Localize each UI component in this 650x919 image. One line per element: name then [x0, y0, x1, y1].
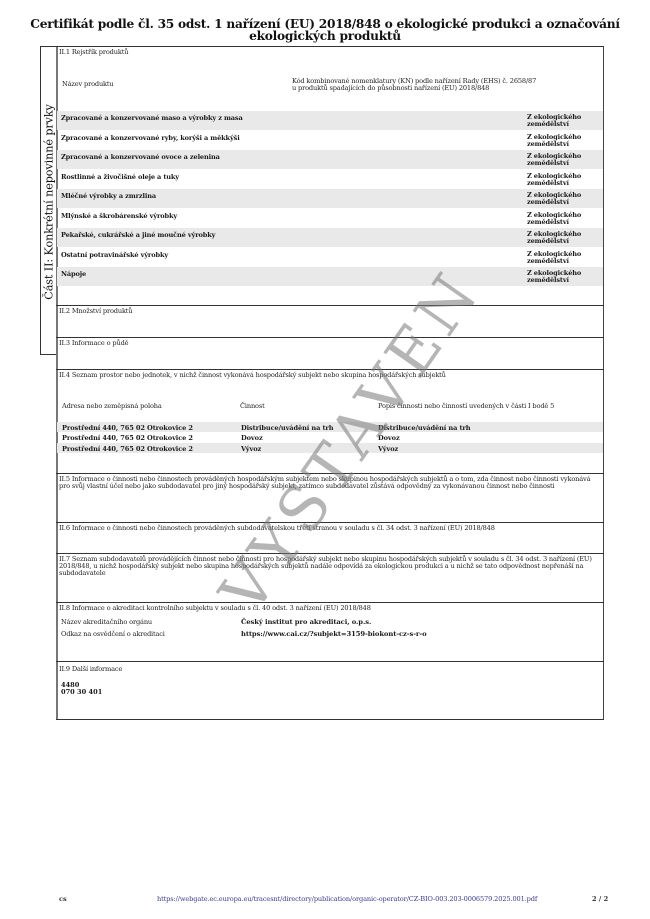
product-origin: Z ekologického zemědělství [527, 212, 597, 226]
product-row: Mléčné výrobky a zmrzlina Z ekologického… [57, 189, 603, 208]
section-accreditation: II.8 Informace o akreditaci kontrolního … [56, 602, 604, 661]
page-footer: cs https://webgate.ec.europa.eu/tracesnt… [0, 895, 650, 907]
product-name: Mlýnské a škrobárenské výrobky [61, 212, 177, 220]
premises-row: Prostřední 440, 765 02 Otrokovice 2 Dovo… [57, 433, 603, 443]
product-name: Nápoje [61, 270, 86, 278]
additional-info-line: 070 30 401 [61, 689, 102, 696]
product-name: Zpracované a konzervované maso a výrobky… [61, 114, 243, 122]
product-name: Ostatní potravinářské výrobky [61, 251, 168, 259]
premises-description: Vývoz [378, 445, 398, 453]
product-origin: Z ekologického zemědělství [527, 231, 597, 245]
section-land-info: II.3 Informace o půdě [56, 337, 604, 369]
section-additional-info: II.9 Další informace 4480 070 30 401 [56, 661, 604, 720]
section-heading: II.7 Seznam subdodavatelů provádějících … [59, 556, 598, 578]
additional-info-values: 4480 070 30 401 [61, 682, 102, 696]
product-name: Zpracované a konzervované ryby, korýši a… [61, 134, 240, 142]
product-row: Zpracované a konzervované ovoce a zeleni… [57, 150, 603, 169]
product-origin: Z ekologického zemědělství [527, 270, 597, 284]
accreditation-link[interactable]: https://www.cai.cz/?subjekt=3159-biokont… [241, 630, 427, 638]
product-row: Nápoje Z ekologického zemědělství [57, 267, 603, 286]
section-heading: II.3 Informace o půdě [59, 340, 598, 347]
section-heading: II.8 Informace o akreditaci kontrolního … [59, 605, 598, 612]
accreditation-body-value: Český institut pro akreditaci, o.p.s. [241, 618, 371, 626]
accreditation-body-label: Název akreditačního orgánu [61, 618, 152, 626]
premises-row: Prostřední 440, 765 02 Otrokovice 2 Vývo… [57, 443, 603, 453]
column-header-address: Adresa nebo zeměpisná poloha [62, 402, 162, 410]
column-header-product-name: Název produktu [62, 80, 114, 88]
premises-address: Prostřední 440, 765 02 Otrokovice 2 [62, 424, 193, 432]
premises-activity: Dovoz [241, 434, 263, 442]
footer-page-number: 2 / 2 [592, 895, 608, 903]
section-heading: II.4 Seznam prostor nebo jednotek, v nic… [59, 372, 598, 379]
column-header-cn-code: Kód kombinované nomenklatury (KN) podle … [292, 78, 537, 92]
product-row: Mlýnské a škrobárenské výrobky Z ekologi… [57, 209, 603, 228]
section-operator-activities: II.5 Informace o činnosti nebo činnostec… [56, 473, 604, 522]
premises-address: Prostřední 440, 765 02 Otrokovice 2 [62, 434, 193, 442]
product-origin: Z ekologického zemědělství [527, 134, 597, 148]
section-subcontractors: II.7 Seznam subdodavatelů provádějících … [56, 553, 604, 602]
product-origin: Z ekologického zemědělství [527, 173, 597, 187]
section-heading: II.9 Další informace [59, 666, 598, 673]
product-row: Zpracované a konzervované ryby, korýši a… [57, 131, 603, 150]
product-name: Zpracované a konzervované ovoce a zeleni… [61, 153, 220, 161]
section-heading: II.6 Informace o činnosti nebo činnostec… [59, 525, 598, 532]
column-header-description: Popis činnosti nebo činností uvedených v… [378, 402, 554, 410]
section-third-party-activities: II.6 Informace o činnosti nebo činnostec… [56, 522, 604, 553]
section-heading: II.5 Informace o činnosti nebo činnostec… [59, 476, 598, 490]
product-name: Mléčné výrobky a zmrzlina [61, 192, 156, 200]
product-row: Rostlinné a živočišné oleje a tuky Z eko… [57, 170, 603, 189]
premises-description: Dovoz [378, 434, 400, 442]
premises-row: Prostřední 440, 765 02 Otrokovice 2 Dist… [57, 422, 603, 432]
premises-description: Distribuce/uvádění na trh [378, 424, 470, 432]
section-product-register: II.1 Rejstřík produktů Název produktu Kó… [56, 46, 604, 305]
column-header-activity: Činnost [240, 402, 265, 410]
premises-activity: Distribuce/uvádění na trh [241, 424, 333, 432]
section-heading: II.1 Rejstřík produktů [59, 49, 598, 56]
premises-address: Prostřední 440, 765 02 Otrokovice 2 [62, 445, 193, 453]
section-product-quantity: II.2 Množství produktů [56, 305, 604, 337]
product-row: Ostatní potravinářské výrobky Z ekologic… [57, 248, 603, 267]
product-name: Pekařské, cukrářské a jiné moučné výrobk… [61, 231, 215, 239]
premises-activity: Vývoz [241, 445, 261, 453]
product-row: Pekařské, cukrářské a jiné moučné výrobk… [57, 228, 603, 247]
part-label-box: Část II: Konkrétní nepovinné prvky [40, 46, 56, 355]
document-title: Certifikát podle čl. 35 odst. 1 nařízení… [20, 18, 630, 42]
product-row: Zpracované a konzervované maso a výrobky… [57, 111, 603, 130]
product-origin: Z ekologického zemědělství [527, 251, 597, 265]
section-premises: II.4 Seznam prostor nebo jednotek, v nic… [56, 369, 604, 473]
accreditation-link-label: Odkaz na osvědčení o akreditaci [61, 630, 165, 638]
product-origin: Z ekologického zemědělství [527, 114, 597, 128]
section-heading: II.2 Množství produktů [59, 308, 598, 315]
part-label: Část II: Konkrétní nepovinné prvky [43, 104, 56, 300]
footer-url-link[interactable]: https://webgate.ec.europa.eu/tracesnt/di… [157, 895, 537, 903]
product-name: Rostlinné a živočišné oleje a tuky [61, 173, 179, 181]
product-origin: Z ekologického zemědělství [527, 192, 597, 206]
footer-language: cs [59, 895, 67, 903]
product-origin: Z ekologického zemědělství [527, 153, 597, 167]
